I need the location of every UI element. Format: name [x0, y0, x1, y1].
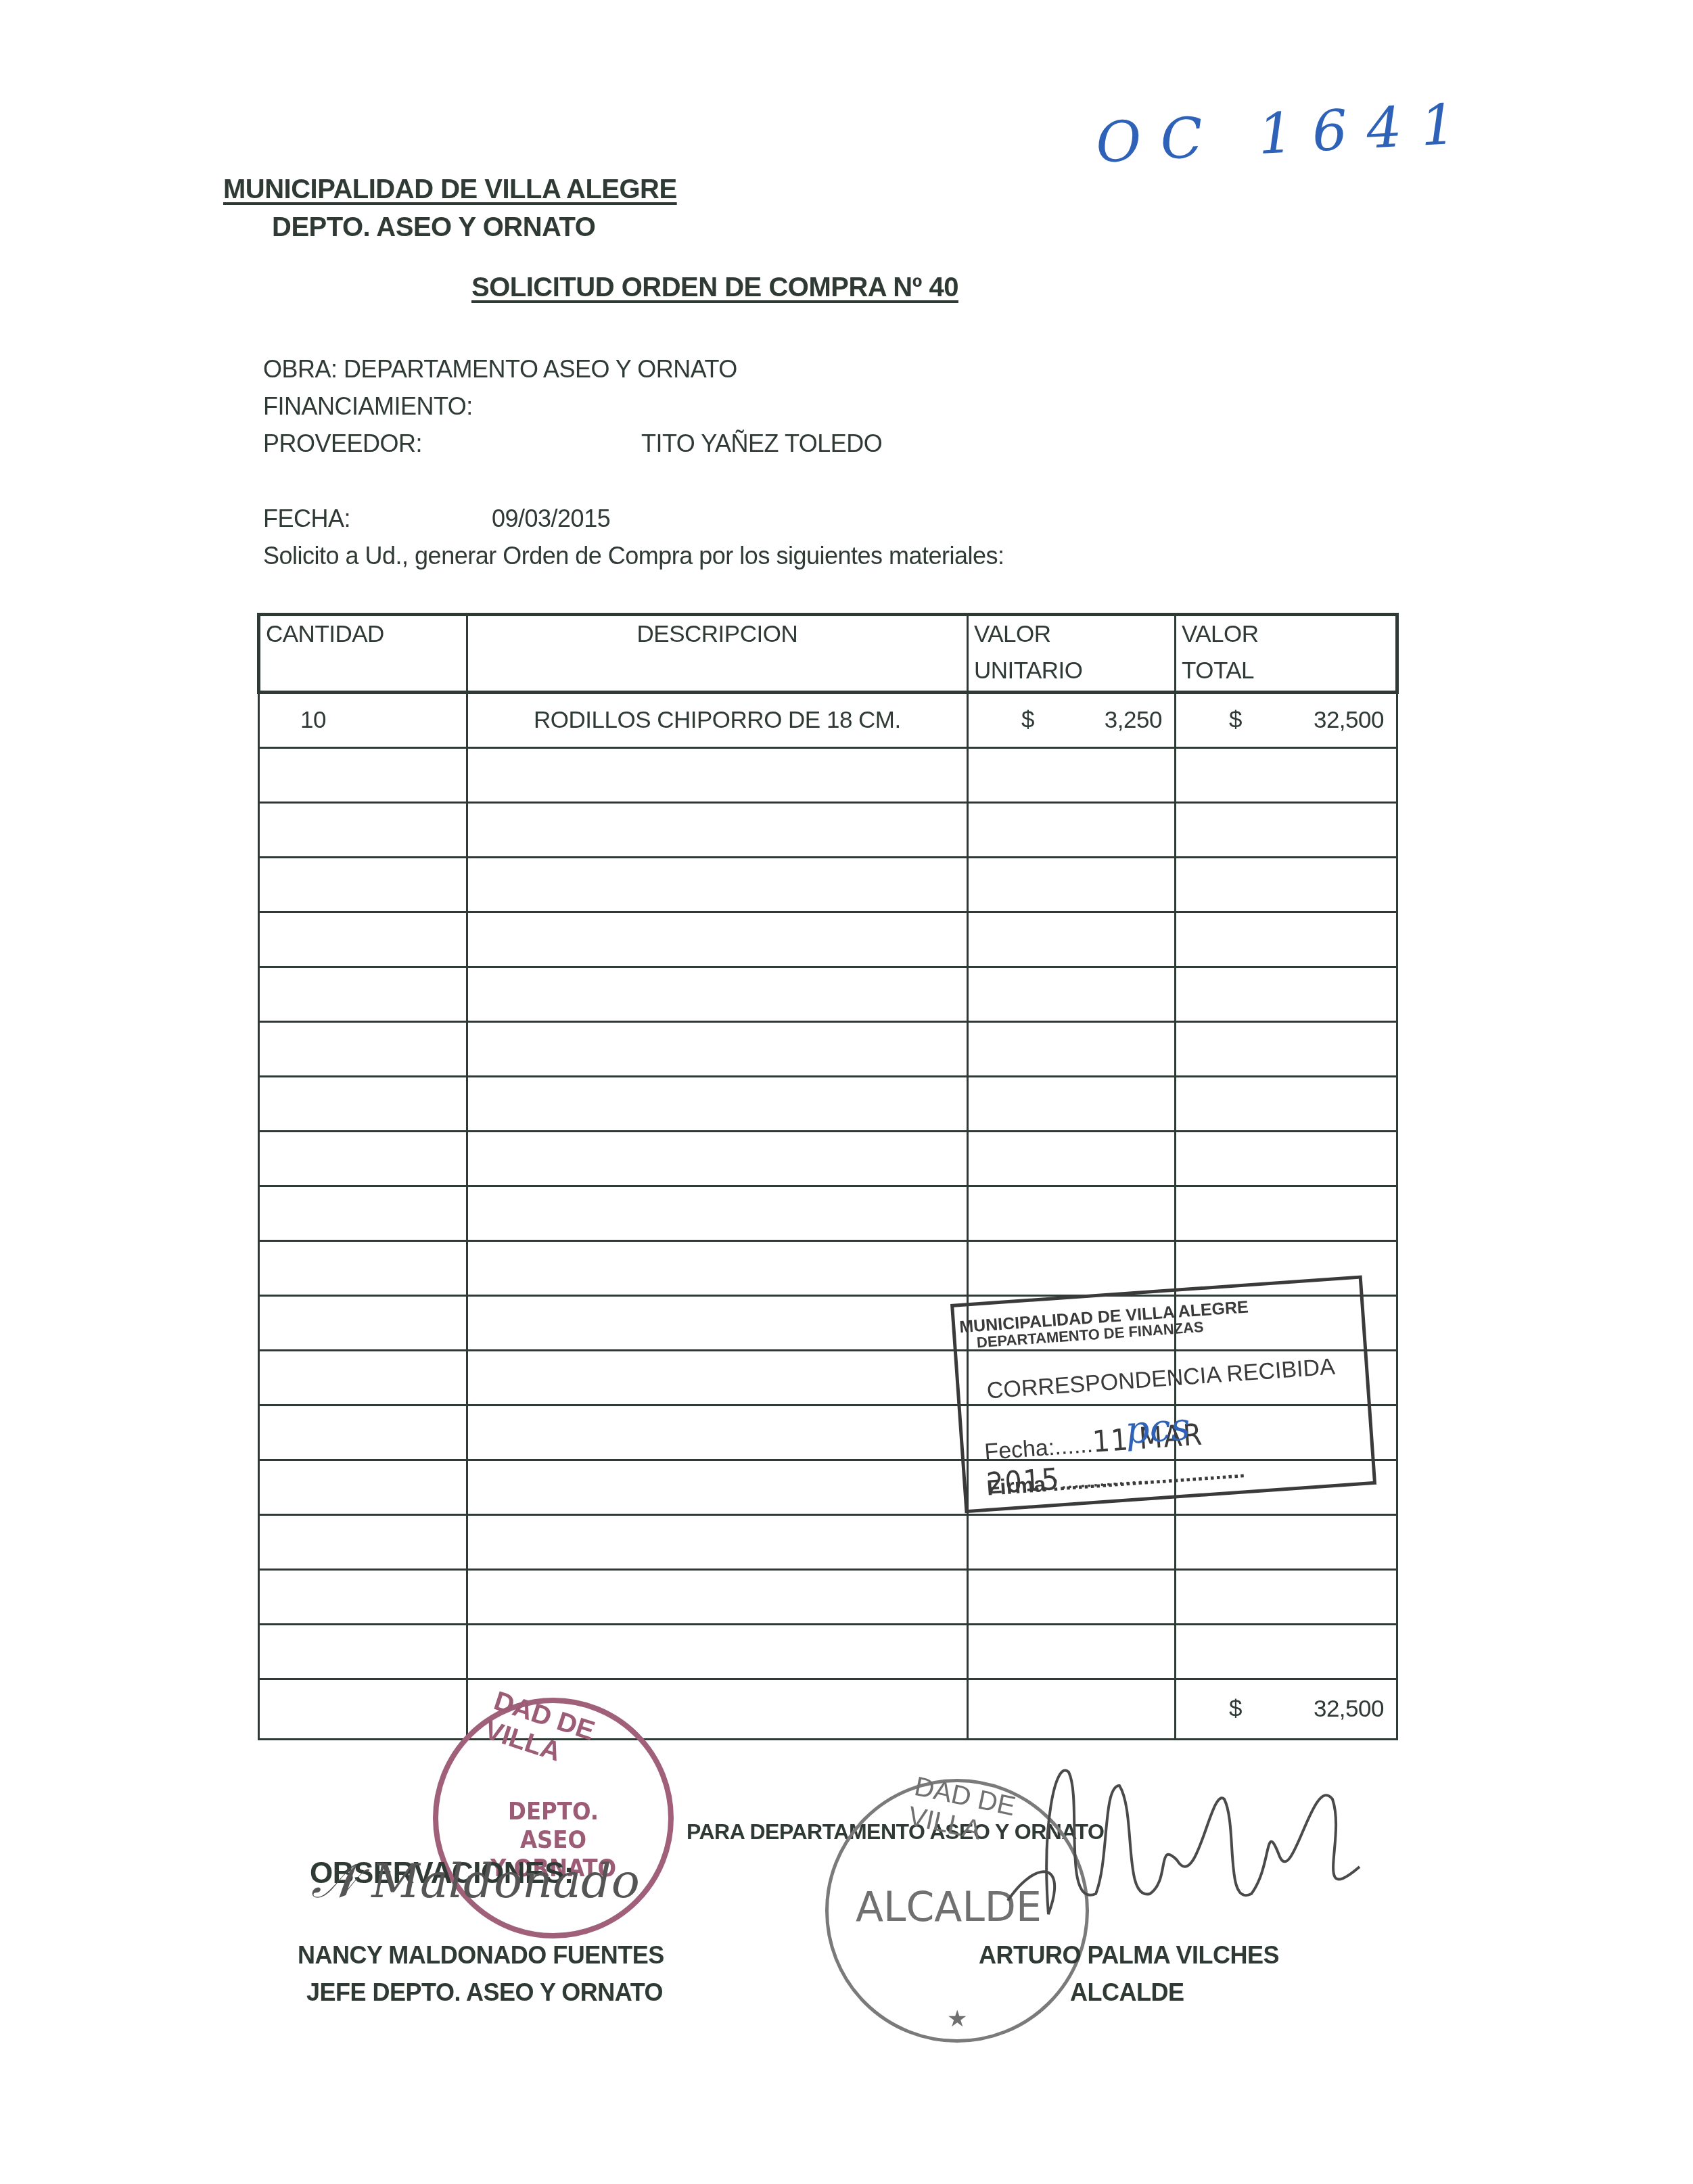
table-row-empty	[259, 967, 1397, 1022]
table-row: 10 RODILLOS CHIPORRO DE 18 CM. $3,250 $3…	[259, 693, 1397, 748]
cell-descripcion: RODILLOS CHIPORRO DE 18 CM.	[467, 693, 967, 748]
empty-cell	[259, 1570, 467, 1625]
empty-cell	[259, 858, 467, 912]
empty-cell	[1175, 967, 1397, 1022]
request-text: Solicito a Ud., generar Orden de Compra …	[263, 542, 1004, 570]
empty-cell	[967, 1625, 1175, 1679]
empty-cell	[467, 1296, 967, 1351]
table-row-empty	[259, 1515, 1397, 1570]
empty-cell	[967, 1077, 1175, 1132]
empty-cell	[967, 1186, 1175, 1241]
department-name: DEPTO. ASEO Y ORNATO	[272, 212, 595, 243]
empty-cell	[1175, 1570, 1397, 1625]
empty-cell	[1175, 912, 1397, 967]
header-valor-unitario: VALORUNITARIO	[967, 615, 1175, 693]
empty-cell	[467, 967, 967, 1022]
empty-cell	[259, 912, 467, 967]
cell-valor-total: $32,500	[1175, 693, 1397, 748]
empty-cell	[1175, 1186, 1397, 1241]
header-cantidad: CANTIDAD	[259, 615, 467, 693]
empty-cell	[259, 1515, 467, 1570]
signer-2-name: ARTURO PALMA VILCHES	[979, 1941, 1279, 1970]
table-header-row: CANTIDAD DESCRIPCION VALORUNITARIO VALOR…	[259, 615, 1397, 693]
table-row-empty	[259, 858, 1397, 912]
empty-cell	[467, 748, 967, 803]
empty-cell	[259, 1405, 467, 1460]
table-row-empty	[259, 748, 1397, 803]
empty-cell	[259, 1077, 467, 1132]
empty-cell	[967, 858, 1175, 912]
empty-cell	[467, 858, 967, 912]
empty-cell	[1175, 858, 1397, 912]
empty-cell	[259, 1351, 467, 1405]
grand-total-cell: $32,500	[1175, 1679, 1397, 1740]
empty-cell	[467, 1351, 967, 1405]
empty-cell	[467, 1186, 967, 1241]
empty-cell	[259, 1296, 467, 1351]
empty-cell	[1175, 1132, 1397, 1186]
empty-cell	[259, 748, 467, 803]
financiamiento-label: FINANCIAMIENTO:	[263, 392, 473, 421]
empty-cell	[259, 1460, 467, 1515]
table-row-empty	[259, 1570, 1397, 1625]
document-title: SOLICITUD ORDEN DE COMPRA Nº 40	[471, 273, 958, 303]
table-row-empty	[259, 1022, 1397, 1077]
empty-cell	[967, 967, 1175, 1022]
empty-cell	[1175, 1077, 1397, 1132]
empty-cell	[259, 1022, 467, 1077]
stamp-line-3: CORRESPONDENCIA RECIBIDA	[986, 1354, 1336, 1405]
obra-value: DEPARTAMENTO ASEO Y ORNATO	[344, 355, 737, 383]
empty-cell	[467, 1077, 967, 1132]
empty-cell	[259, 1186, 467, 1241]
empty-cell	[467, 1405, 967, 1460]
header-descripcion: DESCRIPCION	[467, 615, 967, 693]
empty-cell	[967, 1132, 1175, 1186]
empty-cell	[967, 748, 1175, 803]
signature-arturo	[994, 1759, 1373, 1934]
items-table: CANTIDAD DESCRIPCION VALORUNITARIO VALOR…	[257, 613, 1399, 1740]
signature-nancy: 𝒩 Maldonado	[311, 1853, 640, 1909]
proveedor-label: PROVEEDOR:	[263, 429, 422, 458]
table-row-empty	[259, 1186, 1397, 1241]
empty-cell	[259, 803, 467, 858]
empty-cell	[1175, 803, 1397, 858]
empty-cell	[467, 1022, 967, 1077]
cell-cantidad: 10	[259, 693, 467, 748]
handwritten-order-number: OC 1641	[1094, 91, 1477, 175]
empty-cell	[259, 1241, 467, 1296]
table-row-empty	[259, 803, 1397, 858]
empty-cell	[1175, 1022, 1397, 1077]
empty-cell	[259, 1132, 467, 1186]
signer-2-role: ALCALDE	[1070, 1978, 1184, 2007]
table-row-empty	[259, 1132, 1397, 1186]
empty-cell	[259, 967, 467, 1022]
empty-cell	[467, 912, 967, 967]
star-icon: ★	[947, 2005, 967, 2032]
empty-cell	[259, 1625, 467, 1679]
obra-field: OBRA: DEPARTAMENTO ASEO Y ORNATO	[263, 355, 737, 384]
empty-cell	[1175, 748, 1397, 803]
organization-name: MUNICIPALIDAD DE VILLA ALEGRE	[223, 175, 677, 205]
empty-cell	[1175, 1515, 1397, 1570]
table-row-empty	[259, 1625, 1397, 1679]
empty-cell	[967, 1515, 1175, 1570]
empty-cell	[967, 1022, 1175, 1077]
header-valor-total: VALORTOTAL	[1175, 615, 1397, 693]
cell-valor-unitario: $3,250	[967, 693, 1175, 748]
empty-cell	[967, 803, 1175, 858]
empty-cell	[967, 912, 1175, 967]
empty-cell	[967, 1570, 1175, 1625]
table-total-row: $32,500	[259, 1679, 1397, 1740]
empty-cell	[467, 1625, 967, 1679]
obra-label: OBRA:	[263, 355, 338, 383]
empty-cell	[467, 1132, 967, 1186]
empty-cell	[467, 1241, 967, 1296]
table-row-empty	[259, 912, 1397, 967]
fecha-label: FECHA:	[263, 505, 350, 533]
signer-1-role: JEFE DEPTO. ASEO Y ORNATO	[306, 1978, 663, 2007]
empty-cell	[467, 803, 967, 858]
empty-cell	[259, 1679, 467, 1740]
empty-cell	[467, 1570, 967, 1625]
proveedor-value: TITO YAÑEZ TOLEDO	[641, 429, 882, 458]
stamp-initials: pcs	[1123, 1405, 1191, 1454]
fecha-value: 09/03/2015	[492, 505, 610, 533]
table-row-empty	[259, 1077, 1397, 1132]
empty-cell	[467, 1515, 967, 1570]
empty-cell	[467, 1460, 967, 1515]
finance-received-stamp: MUNICIPALIDAD DE VILLA ALEGRE DEPARTAMEN…	[950, 1275, 1376, 1513]
signer-1-name: NANCY MALDONADO FUENTES	[298, 1941, 664, 1970]
empty-cell	[967, 1679, 1175, 1740]
empty-cell	[967, 1241, 1175, 1296]
empty-cell	[1175, 1625, 1397, 1679]
